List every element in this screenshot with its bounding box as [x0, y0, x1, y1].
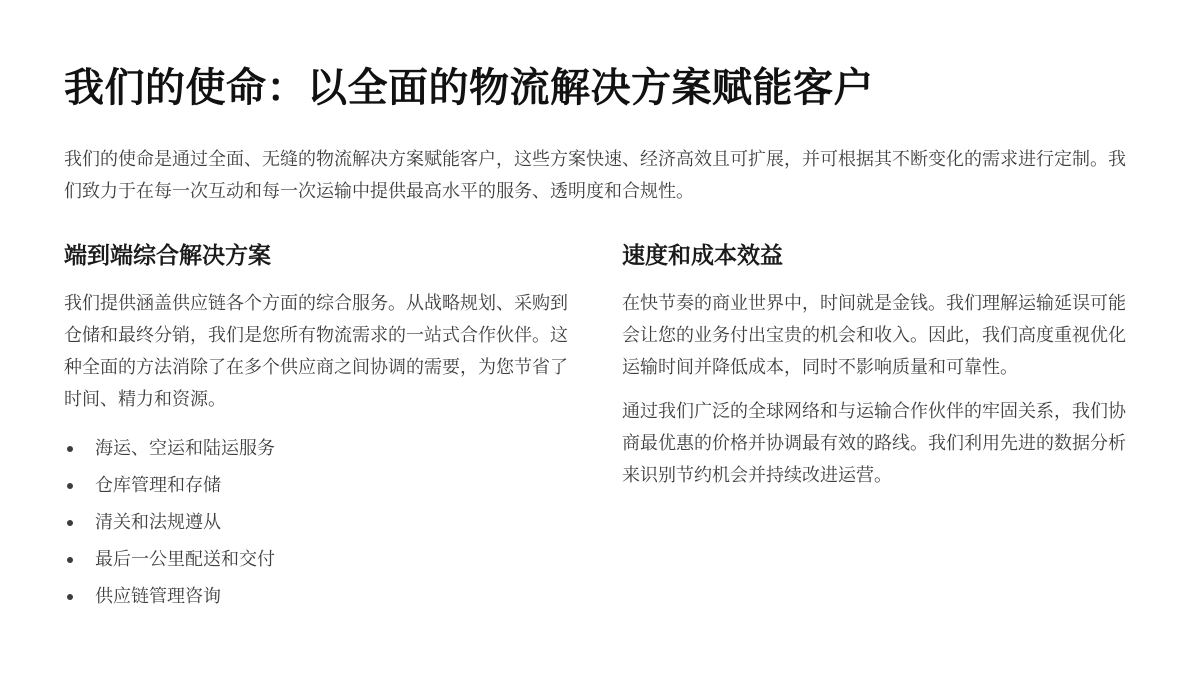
intro-paragraph: 我们的使命是通过全面、无缝的物流解决方案赋能客户，这些方案快速、经济高效且可扩展…	[64, 144, 1136, 208]
list-item: 最后一公里配送和交付	[64, 541, 578, 578]
page-title: 我们的使命：以全面的物流解决方案赋能客户	[64, 60, 1136, 116]
left-heading: 端到端综合解决方案	[64, 238, 578, 274]
right-heading: 速度和成本效益	[622, 238, 1136, 274]
list-item: 清关和法规遵从	[64, 504, 578, 541]
two-column-section: 端到端综合解决方案 我们提供涵盖供应链各个方面的综合服务。从战略规划、采购到仓储…	[64, 238, 1136, 615]
list-item: 海运、空运和陆运服务	[64, 430, 578, 467]
list-item-label: 仓库管理和存储	[95, 475, 221, 496]
bullet-icon	[67, 594, 73, 600]
list-item-label: 供应链管理咨询	[95, 586, 221, 607]
slide: 我们的使命：以全面的物流解决方案赋能客户 我们的使命是通过全面、无缝的物流解决方…	[64, 60, 1136, 615]
list-item-label: 最后一公里配送和交付	[95, 549, 275, 570]
bullet-icon	[67, 483, 73, 489]
left-column: 端到端综合解决方案 我们提供涵盖供应链各个方面的综合服务。从战略规划、采购到仓储…	[64, 238, 578, 615]
right-paragraph-2: 通过我们广泛的全球网络和与运输合作伙伴的牢固关系，我们协商最优惠的价格并协调最有…	[622, 396, 1136, 492]
bullet-icon	[67, 446, 73, 452]
left-paragraph: 我们提供涵盖供应链各个方面的综合服务。从战略规划、采购到仓储和最终分销，我们是您…	[64, 288, 578, 416]
list-item-label: 清关和法规遵从	[95, 512, 221, 533]
bullet-icon	[67, 520, 73, 526]
services-list: 海运、空运和陆运服务 仓库管理和存储 清关和法规遵从 最后一公里配送和交付 供应…	[64, 430, 578, 615]
list-item-label: 海运、空运和陆运服务	[95, 438, 275, 459]
list-item: 供应链管理咨询	[64, 578, 578, 615]
bullet-icon	[67, 557, 73, 563]
right-column: 速度和成本效益 在快节奏的商业世界中，时间就是金钱。我们理解运输延误可能会让您的…	[622, 238, 1136, 615]
list-item: 仓库管理和存储	[64, 467, 578, 504]
right-paragraph-1: 在快节奏的商业世界中，时间就是金钱。我们理解运输延误可能会让您的业务付出宝贵的机…	[622, 288, 1136, 384]
